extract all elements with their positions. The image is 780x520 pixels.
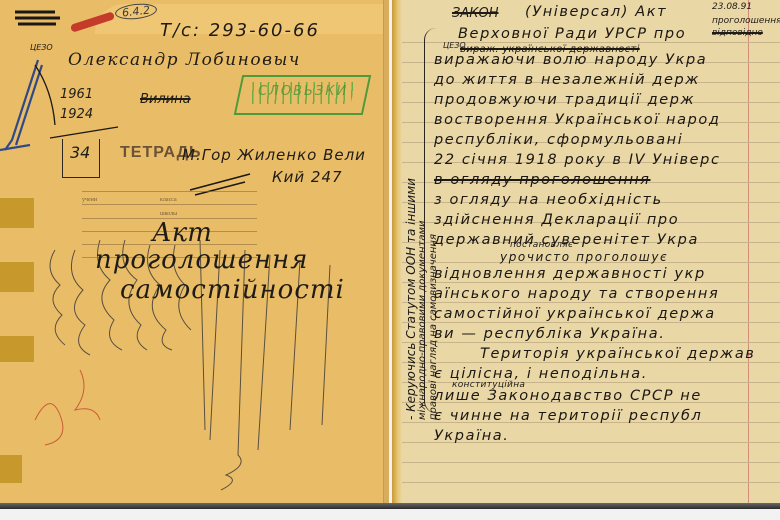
margin-note-top: ЦЕЗО: [30, 43, 53, 52]
vertical-note-line-3: правові нагляд на самовизначення: [428, 234, 439, 420]
text-line: в огляду проголошення: [434, 172, 651, 188]
form-label-class: класса: [160, 197, 177, 203]
year-2: 1924: [60, 107, 93, 122]
owner-name: Олександр Лобиновыч: [68, 50, 301, 70]
cover-title-line-2: проголошення: [95, 245, 309, 275]
text-line: з огляду на необхідність: [434, 192, 663, 208]
cover-title-line-1: Акт: [152, 218, 212, 248]
photo-scene: 6.4.2 Т/с: 293-60-66 Олександр Лобиновыч…: [0, 0, 780, 520]
cover-title-line-3: самостійності: [120, 275, 345, 305]
insert-note: постановляє: [510, 240, 573, 250]
text-line: аїнського народу та створення: [434, 286, 719, 302]
page-header: (Універсал) Акт: [525, 4, 667, 20]
number-box-value: 34: [70, 143, 90, 162]
text-line: востворення Української народ: [434, 112, 721, 128]
vertical-note-line-2: міжнародно-правовими документами: [417, 220, 428, 420]
text-line: ви — республіка Україна.: [434, 326, 665, 342]
crossed-header: ЗАКОН: [452, 6, 498, 21]
text-line: продовжуючи традиції держ: [434, 92, 695, 108]
header-crossed: відповідно: [712, 28, 763, 38]
text-line: Територія української держав: [480, 346, 755, 362]
text-line: Україна.: [434, 428, 510, 444]
notebook-spine: [392, 0, 402, 503]
text-line: є чинне на території республ: [434, 408, 702, 424]
address-line-2: Кий 247: [272, 168, 343, 186]
text-line: відновлення державності укр: [434, 266, 706, 282]
text-line: здійснення Декларації про: [434, 212, 679, 228]
vertical-note-line-1: - Керуючись Статутом ООН та іншими: [404, 178, 418, 420]
text-line: самостійної української держа: [434, 306, 716, 322]
text-line: республіки, сформульовані: [434, 132, 683, 148]
form-label-school: школы: [160, 211, 177, 217]
form-line: [82, 191, 257, 192]
text-line: до життя в незалежній держ: [434, 72, 700, 88]
bottom-shadow: [0, 503, 780, 509]
header-insert: проголошення: [712, 16, 780, 26]
red-margin-line: [748, 0, 749, 503]
text-line: 22 січня 1918 року в IV Універс: [434, 152, 721, 168]
address-line-1: М.Гор Жиленко Вели: [182, 146, 366, 164]
text-line: Верховної Ради УРСР про: [458, 26, 686, 42]
crossed-word: Вилина: [140, 92, 191, 107]
text-line: урочисто проголошує: [500, 250, 668, 264]
form-line: [82, 204, 257, 205]
form-label-student: учени: [82, 197, 97, 203]
text-line: лише Законодавство СРСР не: [434, 388, 702, 404]
phone-number: Т/с: 293-60-66: [160, 20, 320, 41]
year-1: 1961: [60, 87, 93, 102]
green-stamp-text: СЛОВЬЗКИ: [258, 84, 348, 99]
text-line: виражаючи волю народу Укра: [434, 52, 707, 68]
page-date: 23.08.91: [712, 2, 752, 12]
